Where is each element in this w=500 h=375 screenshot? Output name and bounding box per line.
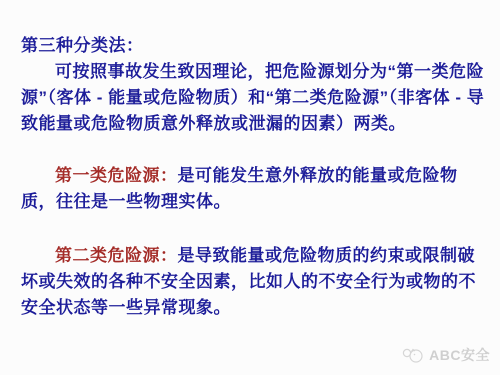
second-class-hazard-label: 第二类危险源： (55, 246, 178, 265)
page-title: 第三种分类法： (21, 33, 490, 59)
abc-safety-logo-icon (401, 346, 425, 364)
paragraph-second-class-hazard: 第二类危险源：是导致能量或危险物质的约束或限制破坏或失效的各种不安全因素，比如人… (21, 243, 490, 321)
first-class-hazard-label: 第一类危险源： (55, 166, 178, 185)
watermark-text: ABC安全 (429, 345, 490, 365)
slide: 第三种分类法： 可按照事故发生致因理论，把危险源划分为“第一类危险源”（客体 -… (0, 0, 500, 375)
paragraph-classification-intro: 可按照事故发生致因理论，把危险源划分为“第一类危险源”（客体 - 能量或危险物质… (21, 59, 490, 137)
slide-content: 第三种分类法： 可按照事故发生致因理论，把危险源划分为“第一类危险源”（客体 -… (0, 0, 500, 321)
watermark: ABC安全 (401, 345, 490, 365)
paragraph-first-class-hazard: 第一类危险源：是可能发生意外释放的能量或危险物质，往往是一些物理实体。 (21, 163, 490, 215)
